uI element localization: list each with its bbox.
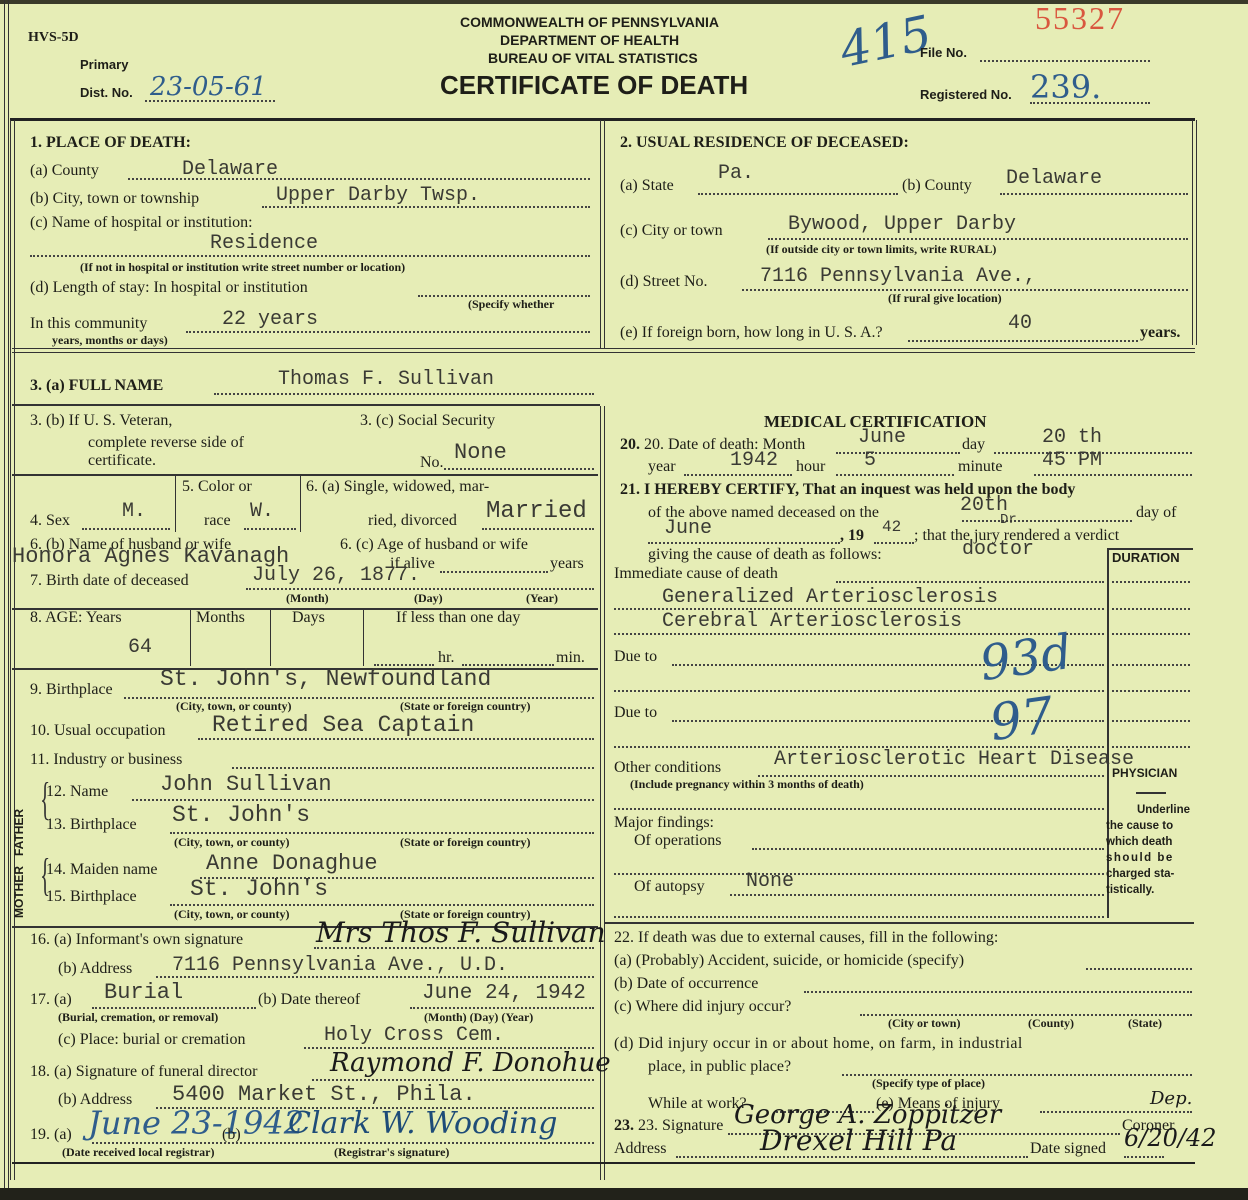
inquest-year-value: 42 — [882, 518, 901, 536]
major-findings-label: Major findings: — [614, 814, 714, 832]
signed-dots — [1124, 1156, 1164, 1158]
res-city-label: (c) City or town — [620, 222, 723, 240]
external-a-label: (a) (Probably) Accident, suicide, or hom… — [614, 952, 964, 970]
informant-signature: Mrs Thos F. Sullivan — [316, 916, 606, 949]
state-dots — [698, 193, 898, 195]
duration-label: DURATION — [1112, 550, 1180, 565]
ss-divider — [12, 474, 598, 476]
external-b-dots — [804, 991, 1192, 993]
registrar-dots — [92, 1142, 594, 1144]
disposition-dots — [92, 1007, 256, 1009]
birthplace-label: 9. Birthplace — [30, 681, 113, 699]
county-label: (a) County — [30, 162, 99, 180]
street-value: 7116 Pennsylvania Ave., — [760, 265, 1036, 288]
death-certificate: HVS-5D Primary Dist. No. 23-05-61 COMMON… — [0, 0, 1248, 1200]
burial-place-label: (c) Place: burial or cremation — [58, 1031, 245, 1049]
due-to-label-2: Due to — [614, 704, 657, 722]
death-hour-label: hour — [796, 458, 825, 476]
years-divider — [190, 610, 191, 666]
res-city-dots — [768, 238, 1188, 240]
external-c-label: (c) Where did injury occur? — [614, 998, 791, 1016]
days-label: Days — [292, 609, 325, 627]
agency-line-3: BUREAU OF VITAL STATISTICS — [488, 50, 698, 66]
occupation-label: 10. Usual occupation — [30, 722, 166, 740]
mother-birthplace-value: St. John's — [190, 876, 328, 902]
marital-value: Married — [486, 498, 587, 525]
external-d-note: (Specify type of place) — [872, 1076, 985, 1091]
industry-dots — [232, 767, 594, 769]
death-day-label: day — [962, 436, 985, 454]
death-minute-value: 45 PM — [1042, 449, 1102, 472]
scan-edge-bottom — [0, 1188, 1248, 1200]
date-received-value: June 23-1942 — [88, 1104, 304, 1142]
mother-birthplace-label: 15. Birthplace — [46, 888, 137, 906]
inquest-day-dots — [962, 520, 1132, 522]
autopsy-dots-2 — [614, 916, 1104, 918]
disposition-date-value: June 24, 1942 — [422, 982, 586, 1005]
father-name-dots — [132, 799, 594, 801]
cause-2-value: Cerebral Arteriosclerosis — [662, 610, 962, 633]
full-name-dots — [214, 393, 594, 395]
duration-dots-3 — [1112, 633, 1190, 635]
bottom-divider — [12, 1162, 1195, 1164]
duration-dots-5 — [1112, 690, 1190, 692]
full-name-divider — [12, 404, 600, 406]
occupation-value: Retired Sea Captain — [212, 712, 474, 738]
underline-note-line-1: Underline — [1106, 802, 1190, 818]
director-label: 18. (a) Signature of funeral director — [30, 1063, 257, 1081]
primary-label: Primary — [80, 57, 128, 72]
specify-note: (Specify whether — [468, 297, 554, 312]
marital-label-2: ried, divorced — [368, 512, 457, 530]
foreign-years-suffix: years. — [1140, 324, 1180, 342]
birth-dots — [246, 588, 594, 590]
res-county-dots — [1000, 193, 1188, 195]
informant-signature-label: 16. (a) Informant's own signature — [30, 931, 243, 949]
coroner-address: Drexel Hill Pa — [760, 1124, 957, 1157]
certify-line-4: giving the cause of death as follows: — [648, 546, 882, 564]
mother-side-label: MOTHER — [12, 866, 26, 918]
external-b-label: (b) Date of occurrence — [614, 975, 758, 993]
months-label: Months — [196, 609, 245, 627]
age-label: 8. AGE: Years — [30, 609, 122, 627]
autopsy-dots — [730, 894, 1104, 896]
underline-instruction: Underline the cause to which death shoul… — [1106, 802, 1190, 898]
coroner-signature-label: 23. 23. Signature — [614, 1117, 723, 1135]
death-year-value: 1942 — [730, 449, 778, 472]
foreign-label: (e) If foreign born, how long in U. S. A… — [620, 324, 883, 342]
certifier-value: doctor — [962, 538, 1034, 561]
spouse-age-dots — [440, 571, 548, 573]
stay-label: (d) Length of stay: In hospital or insti… — [30, 279, 308, 297]
days-divider — [363, 610, 364, 666]
death-minute-label: minute — [958, 458, 1002, 476]
registrar-signature: Clark W. Wooding — [288, 1106, 557, 1141]
county-value: Delaware — [182, 158, 278, 181]
external-c-city-note: (City or town) — [888, 1016, 960, 1031]
physician-underline — [1136, 792, 1166, 794]
autopsy-value: None — [746, 870, 794, 893]
father-side-label: FATHER — [12, 809, 26, 856]
color-label: 5. Color or — [182, 478, 252, 496]
director-dots — [312, 1079, 594, 1081]
duration-dots-2 — [1112, 608, 1190, 610]
informant-address-label: (b) Address — [58, 960, 132, 978]
death-minute-dots — [1034, 474, 1192, 476]
left-border — [4, 0, 9, 1190]
dist-label: Dist. No. — [80, 85, 133, 100]
operations-dots — [752, 848, 1104, 850]
father-name-value: John Sullivan — [160, 772, 332, 797]
external-d-label-1: (d) Did injury occur in or about home, o… — [614, 1035, 1023, 1053]
death-year-label: year — [648, 458, 676, 476]
death-day-value: 20 th — [1042, 426, 1102, 449]
full-name-label: 3. (a) FULL NAME — [30, 377, 163, 395]
coroner-address-label: Address — [614, 1140, 666, 1158]
ss-no-label: No. — [420, 454, 444, 472]
work-label: While at work? — [648, 1095, 747, 1113]
jury-correction: Dr — [1000, 512, 1017, 528]
city-label: (b) City, town or township — [30, 190, 199, 208]
state-label: (a) State — [620, 177, 674, 195]
operations-dots-2 — [614, 873, 1104, 875]
top-middle-divider — [600, 120, 605, 348]
father-city-note: (City, town, or county) — [174, 835, 289, 850]
mother-city-note: (City, town, or county) — [174, 907, 289, 922]
external-c-county-note: (County) — [1028, 1016, 1074, 1031]
father-birthplace-label: 13. Birthplace — [46, 816, 137, 834]
section-divider-1 — [12, 348, 1195, 353]
ss-dots — [444, 468, 594, 470]
other-conditions-label: Other conditions — [614, 759, 721, 777]
less-day-label: If less than one day — [396, 609, 520, 627]
cause-code-1: 93d — [977, 624, 1076, 692]
agency-line-2: DEPARTMENT OF HEALTH — [500, 32, 679, 48]
res-county-value: Delaware — [1006, 167, 1102, 190]
disposition-note: (Burial, cremation, or removal) — [58, 1010, 218, 1025]
occupation-dots — [198, 738, 594, 740]
hr-label: hr. — [438, 649, 454, 667]
external-heading: 22. If death was due to external causes,… — [614, 929, 998, 947]
death-month-dots — [836, 452, 960, 454]
sex-value: M. — [122, 500, 146, 523]
disposition-value: Burial — [104, 980, 183, 1005]
race-divider — [300, 476, 301, 532]
external-a-dots — [1086, 968, 1192, 970]
duration-dots-4 — [1112, 664, 1190, 666]
due-to-label-1: Due to — [614, 648, 657, 666]
disposition-label: 17. (a) — [30, 991, 72, 1009]
autopsy-label: Of autopsy — [634, 878, 705, 896]
burial-place-value: Holy Cross Cem. — [324, 1024, 504, 1047]
marital-label-1: 6. (a) Single, widowed, mar- — [306, 478, 489, 496]
race-label: race — [204, 512, 231, 530]
date-received-note: (Date received local registrar) — [62, 1145, 214, 1160]
sex-dots — [82, 528, 170, 530]
underline-note-line-5: charged sta- — [1106, 866, 1190, 882]
registrar-b-label: (b) — [222, 1126, 241, 1144]
informant-address-value: 7116 Pennsylvania Ave., U.D. — [172, 954, 508, 977]
race-dots — [244, 528, 296, 530]
death-hour-value: 5 — [864, 449, 876, 472]
veteran-label-1: 3. (b) If U. S. Veteran, — [30, 412, 172, 430]
spouse-age-label-1: 6. (c) Age of husband or wife — [340, 536, 528, 554]
father-name-label: 12. Name — [46, 783, 108, 801]
means-value: Dep. — [1150, 1088, 1192, 1109]
res-county-label: (b) County — [902, 177, 972, 195]
sex-label: 4. Sex — [30, 512, 70, 530]
medical-bottom-divider — [604, 922, 1194, 924]
father-state-note: (State or foreign country) — [400, 835, 531, 850]
mother-maiden-value: Anne Donaghue — [206, 851, 378, 876]
sex-divider — [175, 476, 176, 532]
birth-label: 7. Birth date of deceased — [30, 572, 189, 590]
certificate-title: CERTIFICATE OF DEATH — [440, 70, 748, 101]
spouse-value: Honora Agnes Kavanagh — [12, 544, 289, 569]
foreign-dots — [908, 340, 1138, 342]
registrar-note: (Registrar's signature) — [334, 1145, 449, 1160]
stamp-number: 55327 — [1035, 0, 1125, 37]
min-label: min. — [556, 649, 585, 667]
signed-label: Date signed — [1030, 1140, 1106, 1158]
community-label: In this community — [30, 315, 147, 333]
means-dots — [1040, 1111, 1192, 1113]
res-city-note: (If outside city or town limits, write R… — [766, 242, 996, 257]
underline-note-line-3: which death — [1106, 834, 1190, 850]
file-dots — [980, 60, 1150, 62]
community-value: 22 years — [222, 308, 318, 331]
veteran-label-2: complete reverse side of — [88, 434, 244, 452]
other-conditions-value: Arteriosclerotic Heart Disease — [774, 748, 1134, 771]
birthplace-value: St. John's, Newfoundland — [160, 666, 491, 692]
dist-number: 23-05-61 — [150, 72, 267, 102]
father-birthplace-dots — [170, 832, 594, 834]
registrar-label: 19. (a) — [30, 1126, 72, 1144]
birth-value: July 26, 1877. — [252, 564, 420, 587]
community-note: years, months or days) — [52, 333, 168, 348]
hospital-dots — [30, 255, 590, 257]
handwritten-note: 415 — [835, 5, 936, 79]
residence-heading: 2. USUAL RESIDENCE OF DECEASED: — [620, 134, 909, 152]
cause-1-value: Generalized Arteriosclerosis — [662, 586, 998, 609]
director-signature: Raymond F. Donohue — [330, 1048, 611, 1078]
cause-code-2: 97 — [986, 686, 1057, 752]
right-frame — [1192, 120, 1197, 345]
hospital-note: (If not in hospital or institution write… — [80, 260, 405, 275]
death-year-dots — [684, 474, 792, 476]
full-name-value: Thomas F. Sullivan — [278, 368, 494, 391]
left-frame — [10, 120, 15, 1180]
underline-note-line-4: should be — [1106, 850, 1190, 866]
file-label: File No. — [920, 45, 967, 60]
physician-label: PHYSICIAN — [1112, 766, 1177, 780]
state-value: Pa. — [718, 162, 754, 185]
ss-label: 3. (c) Social Security — [360, 412, 495, 430]
death-hour-dots — [836, 474, 954, 476]
hospital-label: (c) Name of hospital or institution: — [30, 214, 253, 232]
birth-day-note: (Day) — [414, 591, 443, 606]
age-value: 64 — [128, 636, 152, 659]
res-city-value: Bywood, Upper Darby — [788, 213, 1016, 236]
ss-value: None — [454, 440, 507, 465]
inquest-month-dots — [648, 542, 840, 544]
birth-month-note: (Month) — [286, 591, 329, 606]
duration-dots-1 — [1112, 581, 1190, 583]
place-heading: 1. PLACE OF DEATH: — [30, 134, 191, 152]
disposition-date-dots — [410, 1007, 594, 1009]
immediate-cause-label: Immediate cause of death — [614, 565, 778, 583]
industry-label: 11. Industry or business — [30, 751, 182, 769]
certify-line-2b: day of — [1136, 504, 1176, 522]
foreign-value: 40 — [1008, 312, 1032, 335]
street-note: (If rural give location) — [888, 291, 1002, 306]
underline-note-line-6: tistically. — [1106, 882, 1190, 898]
community-dots — [186, 331, 590, 333]
spouse-age-suffix: years — [550, 555, 584, 573]
mother-birthplace-dots — [170, 904, 594, 906]
marital-dots — [482, 528, 594, 530]
street-label: (d) Street No. — [620, 273, 708, 291]
race-value: W. — [250, 500, 274, 523]
birth-year-note: (Year) — [526, 591, 558, 606]
death-month-value: June — [858, 426, 906, 449]
agency-line-1: COMMONWEALTH OF PENNSYLVANIA — [460, 14, 719, 30]
hospital-value: Residence — [210, 232, 318, 255]
father-birthplace-value: St. John's — [172, 802, 310, 828]
registered-label: Registered No. — [920, 87, 1012, 102]
operations-label: Of operations — [634, 832, 722, 850]
disposition-date-note: (Month) (Day) (Year) — [424, 1010, 533, 1025]
inquest-month-value: June — [664, 517, 712, 540]
duration-dots-6 — [1112, 720, 1190, 722]
mother-maiden-label: 14. Maiden name — [46, 861, 158, 879]
underline-note-line-2: the cause to — [1106, 818, 1190, 834]
signed-date: 6/20/42 — [1124, 1124, 1217, 1152]
immediate-cause-dots — [836, 581, 1104, 583]
veteran-label-3: certificate. — [88, 452, 156, 470]
form-code: HVS-5D — [28, 30, 79, 46]
other-conditions-dots-2 — [614, 808, 1104, 810]
registered-number: 239. — [1030, 68, 1101, 106]
external-d-label-2: place, in public place? — [648, 1058, 791, 1076]
certify-line-3a: , 19 — [840, 527, 864, 545]
other-conditions-note: (Include pregnancy within 3 months of de… — [630, 777, 864, 792]
disposition-date-label: (b) Date thereof — [258, 991, 360, 1009]
months-divider — [270, 610, 271, 666]
city-value: Upper Darby Twsp. — [276, 184, 480, 207]
inquest-year-dots — [874, 542, 914, 544]
external-c-state-note: (State) — [1128, 1016, 1162, 1031]
